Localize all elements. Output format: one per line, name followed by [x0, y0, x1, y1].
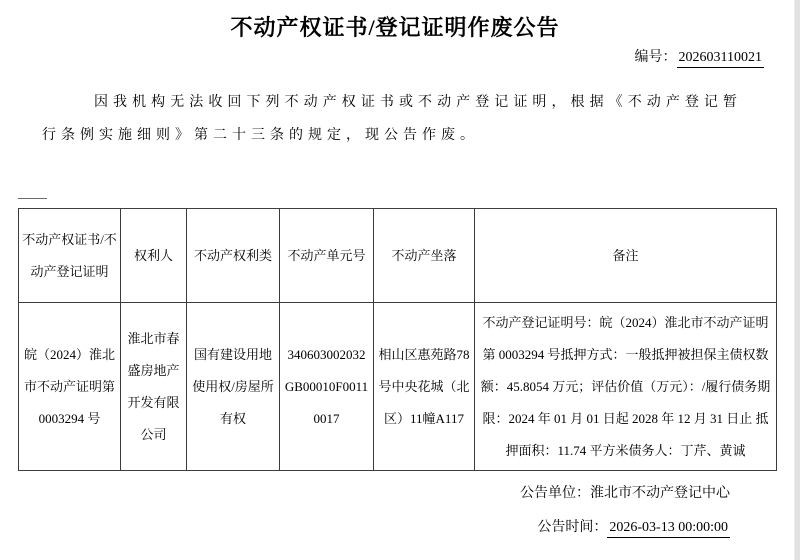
scrollbar[interactable] — [794, 0, 800, 560]
announcement-unit: 公告单位：淮北市不动产登记中心 — [520, 482, 730, 502]
announcement-time-value: 2026-03-13 00:00:00 — [607, 520, 730, 538]
certificates-table: 不动产权证书/不动产登记证明 权利人 不动产权利类 不动产单元号 不动产坐落 备… — [18, 208, 777, 471]
intro-paragraph: 因我机构无法收回下列不动产权证书或不动产登记证明，根据《不动产登记暂行条例实施细… — [42, 86, 742, 152]
cell-holder: 淮北市春盛房地产开发有限公司 — [121, 303, 187, 471]
page-title: 不动产权证书/登记证明作废公告 — [0, 11, 790, 42]
col-header-remark: 备注 — [475, 209, 777, 303]
col-header-right-type: 不动产权利类 — [187, 209, 280, 303]
announcement-time: 公告时间：2026-03-13 00:00:00 — [537, 516, 730, 538]
doc-number: 编号：202603110021 — [635, 46, 764, 68]
cell-right-type: 国有建设用地使用权/房屋所有权 — [187, 303, 280, 471]
announcement-unit-label: 公告单位： — [520, 486, 590, 501]
table-top-line — [18, 198, 47, 199]
col-header-certificate: 不动产权证书/不动产登记证明 — [19, 209, 121, 303]
doc-number-value: 202603110021 — [677, 50, 764, 68]
announcement-time-label: 公告时间： — [537, 520, 607, 535]
col-header-holder: 权利人 — [121, 209, 187, 303]
table-row: 皖（2024）淮北市不动产证明第 0003294 号 淮北市春盛房地产开发有限公… — [19, 303, 777, 471]
col-header-unit-number: 不动产单元号 — [280, 209, 374, 303]
cell-unit-number: 340603002032GB00010F00110017 — [280, 303, 374, 471]
cell-remark: 不动产登记证明号：皖（2024）淮北市不动产证明第 0003294 号抵押方式：… — [475, 303, 777, 471]
cell-location: 相山区惠苑路78号中央花城（北区）11幢A117 — [374, 303, 475, 471]
announcement-unit-value: 淮北市不动产登记中心 — [590, 486, 730, 501]
doc-number-label: 编号： — [635, 50, 677, 65]
cell-certificate-number: 皖（2024）淮北市不动产证明第 0003294 号 — [19, 303, 121, 471]
col-header-location: 不动产坐落 — [374, 209, 475, 303]
announcement-page: 不动产权证书/登记证明作废公告 编号：202603110021 因我机构无法收回… — [0, 0, 800, 560]
table-header-row: 不动产权证书/不动产登记证明 权利人 不动产权利类 不动产单元号 不动产坐落 备… — [19, 209, 777, 303]
